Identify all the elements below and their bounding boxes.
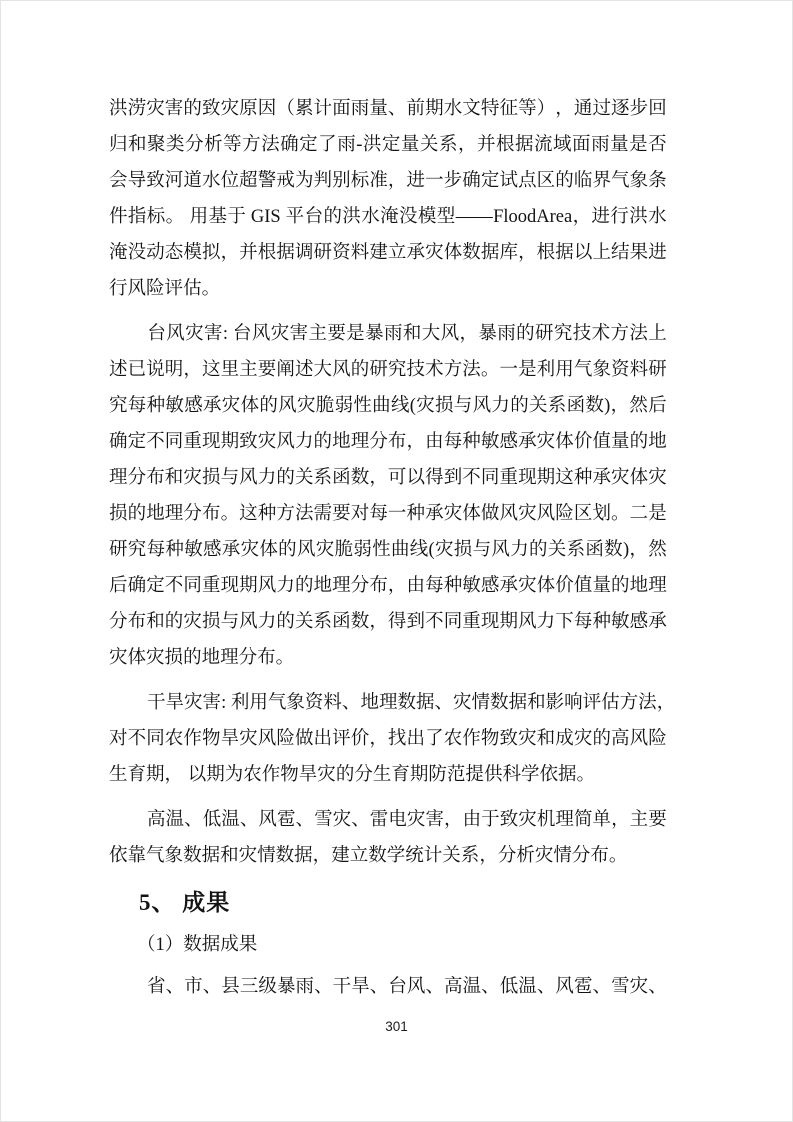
text-line: 会导致河道水位超警戒为判别标准，进一步确定试点区的临界气象条 <box>109 163 667 199</box>
text-line: 确定不同重现期致灾风力的地理分布，由每种敏感承灾体价值量的地 <box>109 424 667 460</box>
text-line: 高温、低温、风雹、雪灾、雷电灾害，由于致灾机理简单，主要 <box>109 802 667 838</box>
text-line: 行风险评估。 <box>109 271 667 307</box>
section-heading: 5、 成果 <box>109 883 667 923</box>
text-line: 理分布和灾损与风力的关系函数，可以得到不同重现期这种承灾体灾 <box>109 460 667 496</box>
text-line: 依靠气象数据和灾情数据，建立数学统计关系，分析灾情分布。 <box>109 838 667 874</box>
text-line: 述已说明，这里主要阐述大风的研究技术方法。一是利用气象资料研 <box>109 352 667 388</box>
text-line: 对不同农作物旱灾风险做出评价，找出了农作物致灾和成灾的高风险 <box>109 721 667 757</box>
text-line: 淹没动态模拟，并根据调研资料建立承灾体数据库，根据以上结果进 <box>109 235 667 271</box>
text-line: 后确定不同重现期风力的地理分布，由每种敏感承灾体价值量的地理 <box>109 568 667 604</box>
text-line: 归和聚类分析等方法确定了雨-洪定量关系，并根据流域面雨量是否 <box>109 127 667 163</box>
paragraph: 干旱灾害: 利用气象资料、地理数据、灾情数据和影响评估方法，对不同农作物旱灾风险… <box>109 685 667 793</box>
paragraph: 省、市、县三级暴雨、干旱、台风、高温、低温、风雹、雪灾、 <box>109 969 667 1005</box>
text-line: 研究每种敏感承灾体的风灾脆弱性曲线(灾损与风力的关系函数)，然 <box>109 532 667 568</box>
text-line: 究每种敏感承灾体的风灾脆弱性曲线(灾损与风力的关系函数)，然后 <box>109 388 667 424</box>
paragraph: 高温、低温、风雹、雪灾、雷电灾害，由于致灾机理简单，主要依靠气象数据和灾情数据，… <box>109 802 667 874</box>
text-line: 洪涝灾害的致灾原因（累计面雨量、前期水文特征等），通过逐步回 <box>109 91 667 127</box>
text-line: 灾体灾损的地理分布。 <box>109 640 667 676</box>
text-line: 台风灾害: 台风灾害主要是暴雨和大风，暴雨的研究技术方法上 <box>109 316 667 352</box>
text-line: 省、市、县三级暴雨、干旱、台风、高温、低温、风雹、雪灾、 <box>109 969 667 1005</box>
document-page: 洪涝灾害的致灾原因（累计面雨量、前期水文特征等），通过逐步回归和聚类分析等方法确… <box>0 0 793 1122</box>
subsection-heading: （1）数据成果 <box>109 927 667 963</box>
text-line: 损的地理分布。这种方法需要对每一种承灾体做风灾风险区划。二是 <box>109 496 667 532</box>
text-line: 生育期， 以期为农作物旱灾的分生育期防范提供科学依据。 <box>109 757 667 793</box>
paragraph: 洪涝灾害的致灾原因（累计面雨量、前期水文特征等），通过逐步回归和聚类分析等方法确… <box>109 91 667 307</box>
text-column: 洪涝灾害的致灾原因（累计面雨量、前期水文特征等），通过逐步回归和聚类分析等方法确… <box>109 91 667 1014</box>
paragraph: 台风灾害: 台风灾害主要是暴雨和大风，暴雨的研究技术方法上述已说明，这里主要阐述… <box>109 316 667 676</box>
text-line: 干旱灾害: 利用气象资料、地理数据、灾情数据和影响评估方法， <box>109 685 667 721</box>
text-line: 分布和的灾损与风力的关系函数，得到不同重现期风力下每种敏感承 <box>109 604 667 640</box>
text-line: 件指标。 用基于 GIS 平台的洪水淹没模型——FloodArea，进行洪水 <box>109 199 667 235</box>
page-number: 301 <box>1 1019 792 1034</box>
